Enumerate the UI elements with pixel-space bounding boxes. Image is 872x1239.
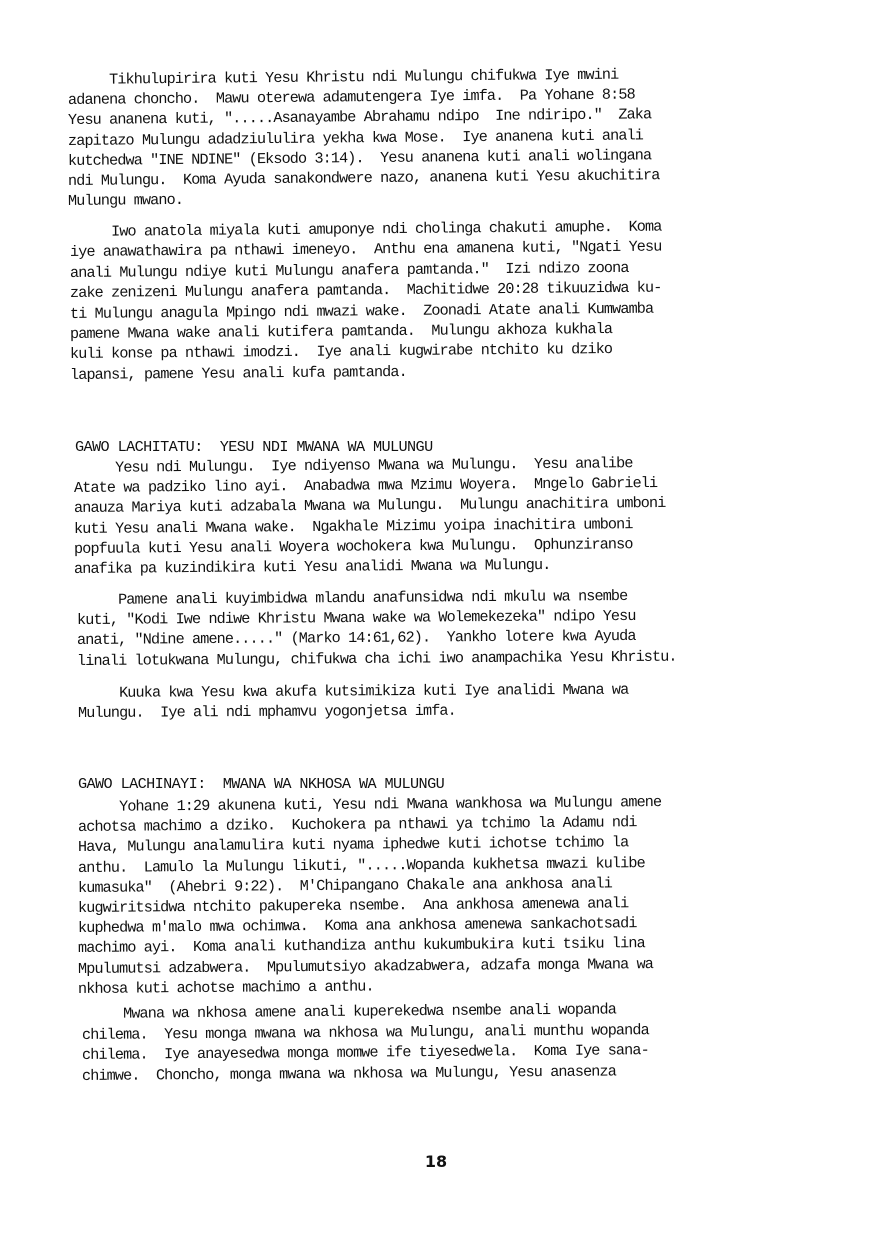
text-line: Mulungu mwano. bbox=[68, 190, 183, 211]
text-line: kuli konse pa nthawi imodzi. Iye anali k… bbox=[70, 339, 612, 364]
text-line: Mpulumutsi adzabwera. Mpulumutsiyo akadz… bbox=[78, 954, 653, 979]
text-line: linali lotukwana Mulungu, chifukwa cha i… bbox=[77, 646, 677, 670]
text-line: anafika pa kuzindikira kuti Yesu analidi… bbox=[74, 555, 551, 579]
text-line: Kuuka kwa Yesu kwa akufa kutsimikiza kut… bbox=[78, 680, 628, 703]
section-heading-4: GAWO LACHINAYI: MWANA WA NKHOSA WA MULUN… bbox=[78, 774, 444, 794]
text-line: Mulungu. Iye ali ndi mphamvu yogonjetsa … bbox=[78, 701, 456, 723]
text-line: nkhosa kuti achotse machimo a anthu. bbox=[78, 976, 374, 999]
page-number: 18 bbox=[0, 1152, 872, 1171]
section-heading-3: GAWO LACHITATU: YESU NDI MWANA WA MULUNG… bbox=[75, 437, 433, 457]
text-line: chimwe. Choncho, monga mwana wa nkhosa w… bbox=[82, 1061, 616, 1086]
text-line: lapansi, pamene Yesu anali kufa pamtanda… bbox=[70, 362, 407, 385]
document-page: Tikhulupirira kuti Yesu Khristu ndi Mulu… bbox=[0, 0, 872, 1239]
